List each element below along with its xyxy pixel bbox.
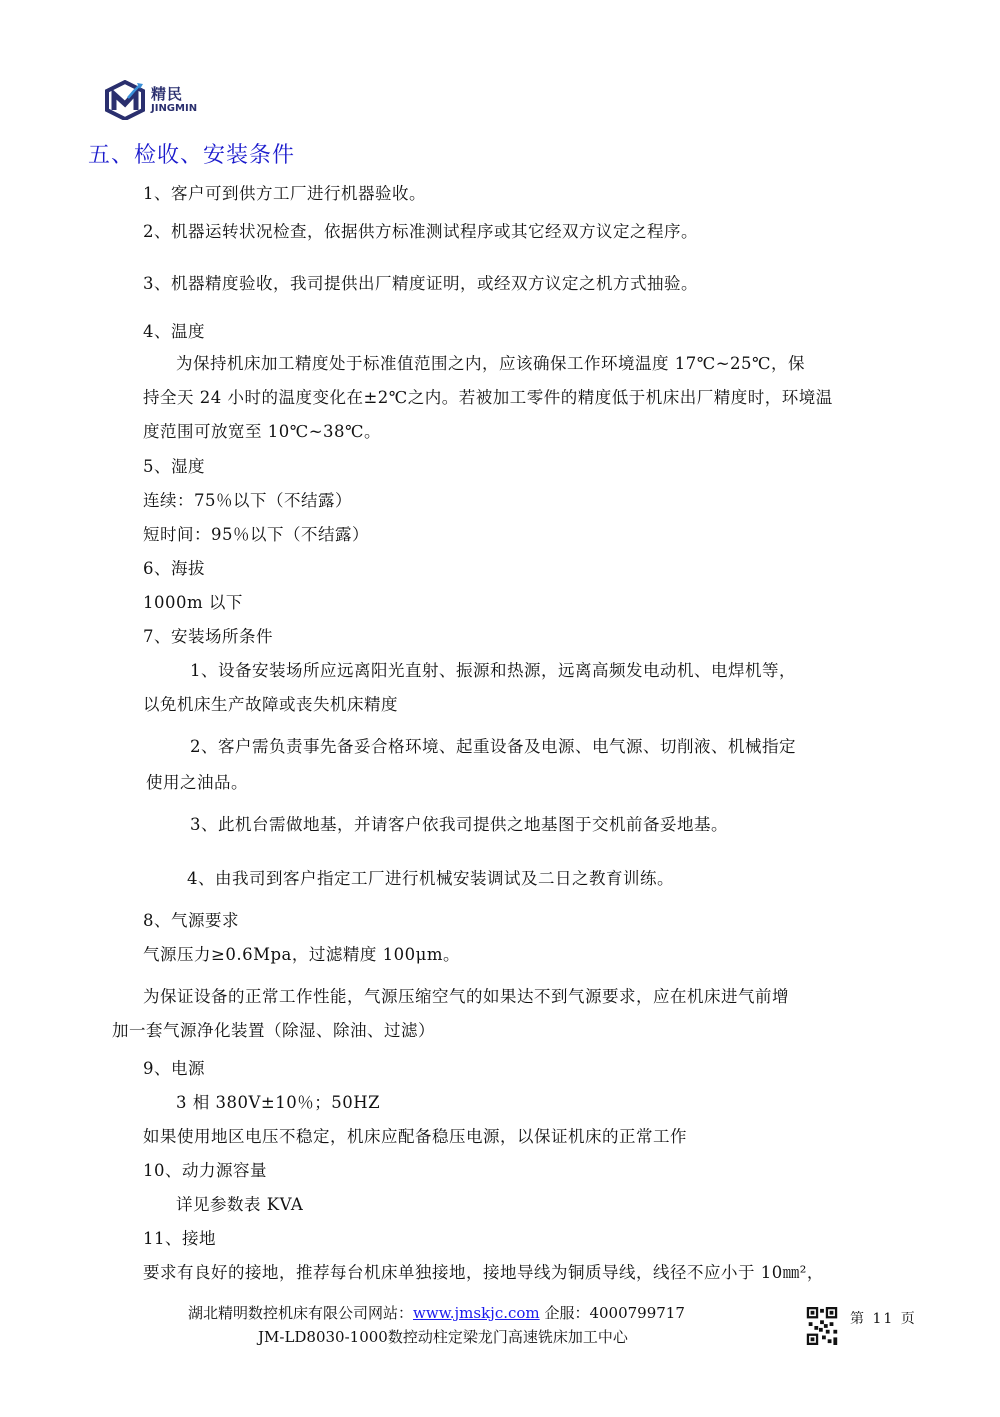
footer-service-phone: 企服：4000799717 bbox=[540, 1304, 685, 1322]
power-capacity-value: 详见参数表 KVA bbox=[176, 1191, 303, 1215]
footer-company-line: 湖北精明数控机床有限公司网站：www.jmskjc.com 企服：4000799… bbox=[188, 1302, 685, 1323]
item-11-grounding-heading: 11、接地 bbox=[143, 1225, 216, 1249]
air-supply-text-line-1: 为保证设备的正常工作性能，气源压缩空气的如果达不到气源要求，应在机床进气前增 bbox=[143, 983, 789, 1007]
item-7-site-conditions-heading: 7、安装场所条件 bbox=[143, 623, 273, 647]
item-3-precision-acceptance: 3、机器精度验收，我司提供出厂精度证明，或经双方议定之机方式抽验。 bbox=[143, 270, 698, 294]
humidity-continuous: 连续：75％以下（不结露） bbox=[143, 487, 352, 511]
air-pressure-spec: 气源压力≥0.6Mpa，过滤精度 100μm。 bbox=[143, 941, 460, 965]
site-condition-2-line-1: 2、客户需负责事先备妥合格环境、起重设备及电源、电气源、切削液、机械指定 bbox=[190, 733, 796, 757]
qr-code-icon bbox=[806, 1307, 838, 1345]
footer-model-line: JM-LD8030-1000数控动柱定梁龙门高速铣床加工中心 bbox=[258, 1326, 628, 1347]
air-supply-text-line-2: 加一套气源净化装置（除湿、除油、过滤） bbox=[112, 1017, 435, 1041]
item-6-altitude-heading: 6、海拔 bbox=[143, 555, 205, 579]
logo-english-text: JINGMIN bbox=[151, 104, 197, 114]
company-logo: 精民 JINGMIN bbox=[103, 80, 233, 120]
temperature-text-line-3: 度范围可放宽至 10℃~38℃。 bbox=[143, 418, 381, 442]
item-8-air-supply-heading: 8、气源要求 bbox=[143, 907, 239, 931]
site-condition-1-line-2: 以免机床生产故障或丧失机床精度 bbox=[143, 691, 398, 715]
site-condition-1-line-1: 1、设备安装场所应远离阳光直射、振源和热源，远离高频发电动机、电焊机等， bbox=[190, 657, 796, 681]
site-condition-2-line-2: 使用之油品。 bbox=[146, 769, 248, 793]
jingmin-logo-icon bbox=[103, 80, 147, 120]
item-9-power-heading: 9、电源 bbox=[143, 1055, 205, 1079]
footer-company-name: 湖北精明数控机床有限公司网站： bbox=[188, 1304, 413, 1322]
footer-website-link[interactable]: www.jmskjc.com bbox=[413, 1304, 540, 1322]
page-number: 第 11 页 bbox=[850, 1308, 917, 1328]
site-condition-3: 3、此机台需做地基，并请客户依我司提供之地基图于交机前备妥地基。 bbox=[190, 811, 728, 835]
power-stability-note: 如果使用地区电压不稳定，机床应配备稳压电源，以保证机床的正常工作 bbox=[143, 1123, 687, 1147]
item-10-power-capacity-heading: 10、动力源容量 bbox=[143, 1157, 267, 1181]
logo-chinese-text: 精民 bbox=[151, 87, 197, 102]
section-title: 五、检收、安装条件 bbox=[88, 138, 295, 169]
item-1-customer-acceptance: 1、客户可到供方工厂进行机器验收。 bbox=[143, 180, 426, 204]
item-2-operation-check: 2、机器运转状况检查，依据供方标准测试程序或其它经双方议定之程序。 bbox=[143, 218, 698, 242]
temperature-text-line-2: 持全天 24 小时的温度变化在±2℃之内。若被加工零件的精度低于机床出厂精度时，… bbox=[143, 384, 833, 408]
temperature-text-line-1: 为保持机床加工精度处于标准值范围之内，应该确保工作环境温度 17℃~25℃，保 bbox=[176, 350, 805, 374]
item-4-temperature-heading: 4、温度 bbox=[143, 318, 205, 342]
power-spec: 3 相 380V±10％；50HZ bbox=[176, 1089, 380, 1113]
site-condition-4: 4、由我司到客户指定工厂进行机械安装调试及二日之教育训练。 bbox=[187, 865, 674, 889]
altitude-value: 1000m 以下 bbox=[143, 589, 243, 613]
grounding-text: 要求有良好的接地，推荐每台机床单独接地，接地导线为铜质导线，线径不应小于 10㎜… bbox=[143, 1259, 824, 1283]
item-5-humidity-heading: 5、湿度 bbox=[143, 453, 205, 477]
humidity-short-term: 短时间：95％以下（不结露） bbox=[143, 521, 369, 545]
